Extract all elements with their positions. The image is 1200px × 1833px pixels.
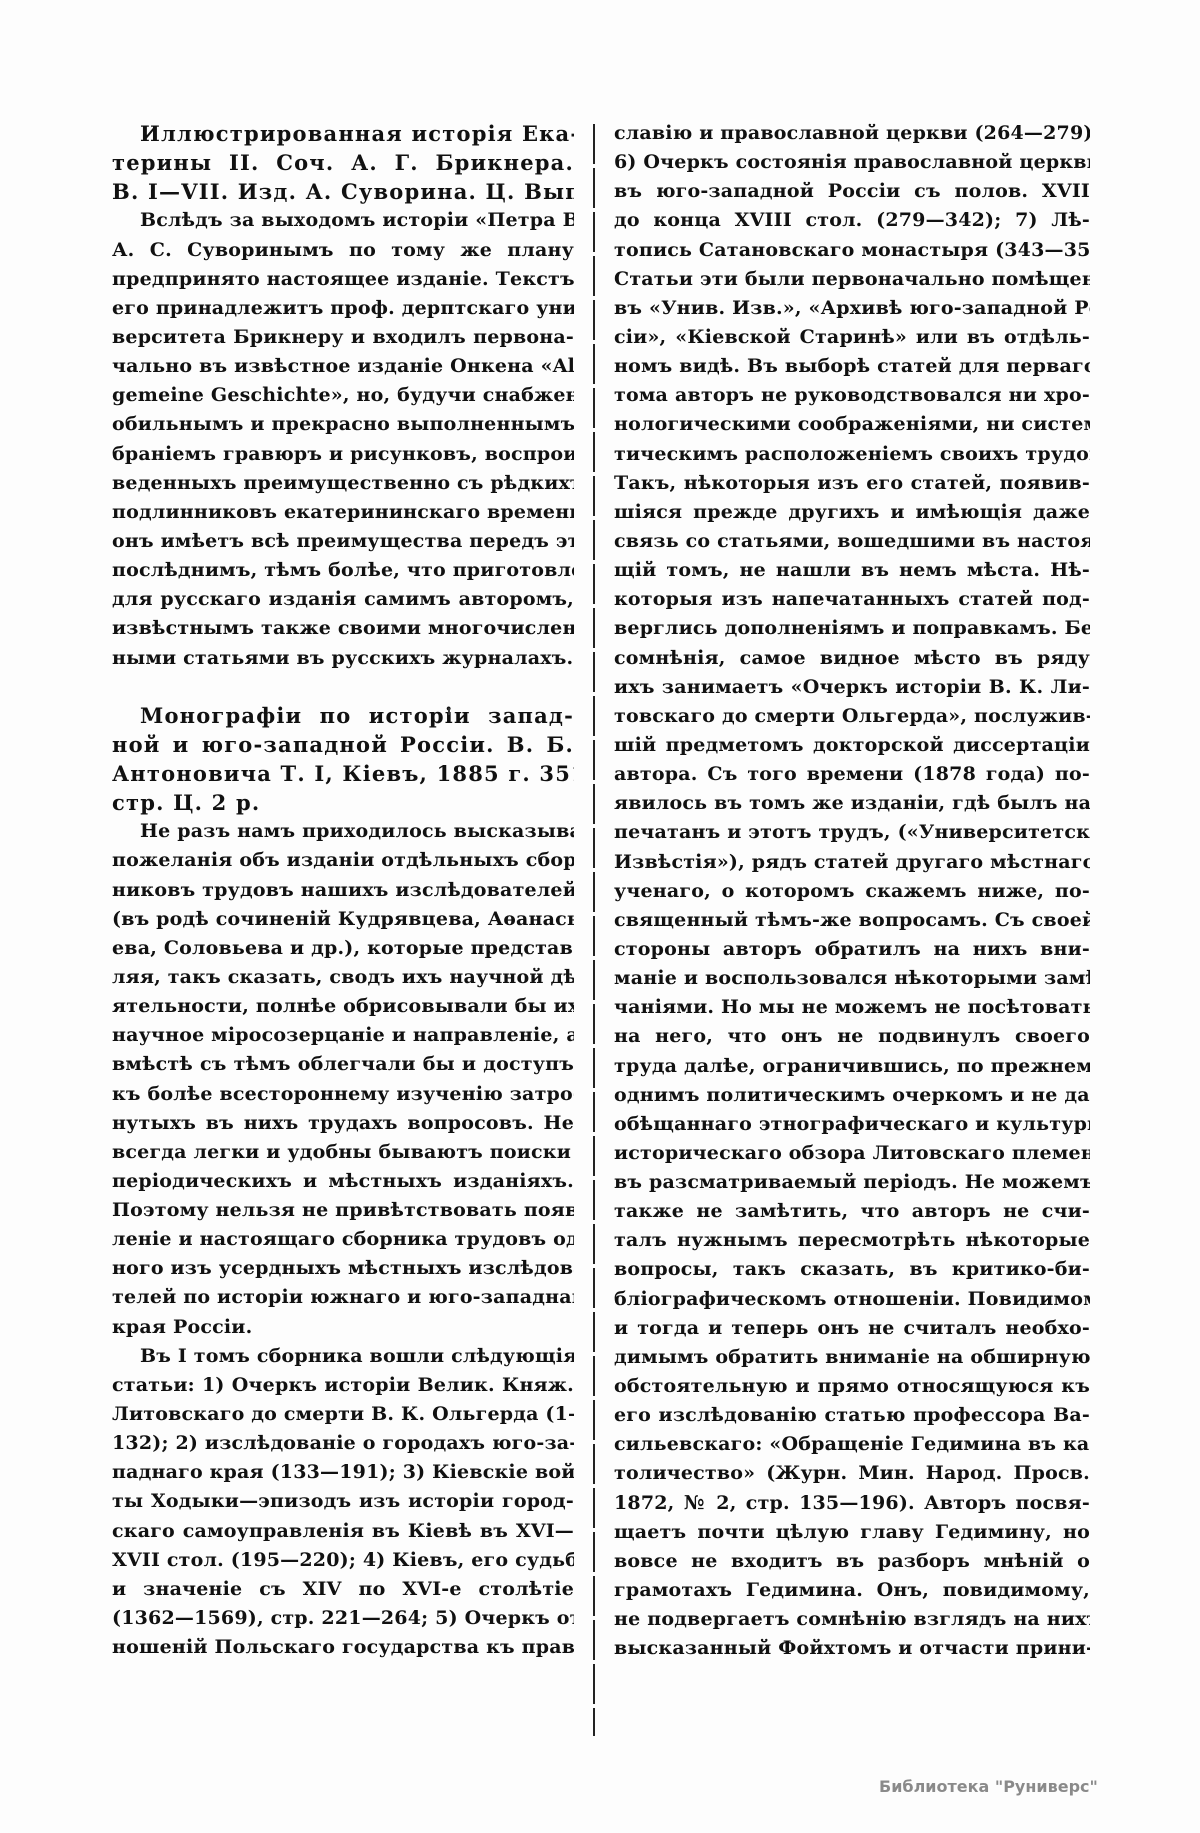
body-line: стороны авторъ обратилъ на нихъ вни- <box>614 935 1090 964</box>
body-line: грамотахъ Гедимина. Онъ, повидимому, <box>614 1576 1090 1605</box>
body-line: и тогда и теперь онъ не считалъ необхо- <box>614 1314 1090 1343</box>
body-line: телей по исторіи южнаго и юго-западнаго <box>112 1283 574 1312</box>
body-line: вопросы, такъ сказать, въ критико-би- <box>614 1255 1090 1284</box>
body-line: 6) Очеркъ состоянія православной церкви <box>614 148 1090 177</box>
body-line: до конца XVIII стол. (279—342); 7) Лѣ- <box>614 206 1090 235</box>
body-line: браніемъ гравюръ и рисунковъ, воспроиз- <box>112 440 574 469</box>
body-line: ного изъ усердныхъ мѣстныхъ изслѣдова- <box>112 1254 574 1283</box>
review-title-line: Антоновича Т. I, Кіевъ, 1885 г. 351 <box>112 759 574 788</box>
body-line: славію и православной церкви (264—279); <box>614 119 1090 148</box>
body-line: обильнымъ и прекрасно выполненнымъ со- <box>112 410 574 439</box>
body-line: пожеланія объ изданіи отдѣльныхъ сбор- <box>112 846 574 875</box>
body-line: автора. Съ того времени (1878 года) по- <box>614 760 1090 789</box>
body-line: которыя изъ напечатанныхъ статей под- <box>614 585 1090 614</box>
body-line: сіи», «Кіевской Старинѣ» или въ отдѣль- <box>614 323 1090 352</box>
body-line: леніе и настоящаго сборника трудовъ од- <box>112 1225 574 1254</box>
body-line: веденныхъ преимущественно съ рѣдкихъ <box>112 469 574 498</box>
body-line: края Россіи. <box>112 1313 574 1342</box>
body-line: шіяся прежде другихъ и имѣющія даже <box>614 498 1090 527</box>
body-line: его изслѣдованію статью профессора Ва- <box>614 1401 1090 1430</box>
body-line: нутыхъ въ нихъ трудахъ вопросовъ. Не <box>112 1109 574 1138</box>
body-line: и значеніе съ XIV по XVI-е столѣтіе <box>112 1575 574 1604</box>
body-line: ными статьями въ русскихъ журналахъ. <box>112 644 574 673</box>
body-line: также не замѣтить, что авторъ не счи- <box>614 1197 1090 1226</box>
body-line: подлинниковъ екатерининскаго времени, <box>112 498 574 527</box>
body-line: товскаго до смерти Ольгерда», послужив- <box>614 702 1090 731</box>
body-line: А. С. Суворинымъ по тому же плану <box>112 236 574 265</box>
body-line: статьи: 1) Очеркъ исторіи Велик. Княж. <box>112 1371 574 1400</box>
body-line: gemeine Geschichte», но, будучи снабженъ <box>112 381 574 410</box>
review-title-line: Монографіи по исторіи запад- <box>112 701 574 730</box>
body-line: щаетъ почти цѣлую главу Гедимину, но <box>614 1518 1090 1547</box>
body-line: XVII стол. (195—220); 4) Кіевъ, его судь… <box>112 1546 574 1575</box>
body-line: Извѣстія»), рядъ статей другаго мѣстнаго <box>614 848 1090 877</box>
body-line: топись Сатановскаго монастыря (343—351). <box>614 236 1090 265</box>
review-title-line: Иллюстрированная исторія Ека- <box>112 119 574 148</box>
body-line: Статьи эти были первоначально помѣщены <box>614 265 1090 294</box>
body-line: шій предметомъ докторской диссертаціи <box>614 731 1090 760</box>
body-line: тома авторъ не руководствовался ни хро- <box>614 381 1090 410</box>
body-line: димымъ обратить вниманіе на обширную, <box>614 1343 1090 1372</box>
body-line: паднаго края (133—191); 3) Кіевскіе вой- <box>112 1458 574 1487</box>
body-line: въ «Унив. Изв.», «Архивѣ юго-западной Ро… <box>614 294 1090 323</box>
body-line: щій томъ, не нашли въ немъ мѣста. Нѣ- <box>614 556 1090 585</box>
body-line: въ разсматриваемый періодъ. Не можемъ <box>614 1168 1090 1197</box>
body-line: печатанъ и этотъ трудъ, («Университетскі… <box>614 818 1090 847</box>
body-line: Не разъ намъ приходилось высказывать <box>112 817 574 846</box>
body-line: послѣднимъ, тѣмъ болѣе, что приготовленъ <box>112 556 574 585</box>
body-line: ношеній Польскаго государства къ право- <box>112 1633 574 1662</box>
review-antonovich-monographs: Монографіи по исторіи запад- ной и юго-з… <box>112 701 574 1663</box>
review-catherine-ii: Иллюстрированная исторія Ека- терины II.… <box>112 119 574 673</box>
body-line: Поэтому нельзя не привѣтствовать появ- <box>112 1196 574 1225</box>
body-line: онъ имѣетъ всѣ преимущества передъ этимъ <box>112 527 574 556</box>
body-line: историческаго обзора Литовскаго племени <box>614 1139 1090 1168</box>
review-title-line: ной и юго-западной Россіи. В. Б. <box>112 730 574 759</box>
body-line: ляя, такъ сказать, сводъ ихъ научной дѣ- <box>112 963 574 992</box>
body-line: талъ нужнымъ пересмотрѣть нѣкоторые <box>614 1226 1090 1255</box>
right-column: славію и православной церкви (264—279); … <box>614 119 1090 1663</box>
body-line: труда далѣе, ограничившись, по прежнему, <box>614 1052 1090 1081</box>
body-line: верситета Брикнеру и входилъ первона- <box>112 323 574 352</box>
body-line: чаніями. Но мы не можемъ не посѣтовать <box>614 993 1090 1022</box>
body-line: ятельности, полнѣе обрисовывали бы ихъ <box>112 992 574 1021</box>
body-line: сильевскаго: «Обращеніе Гедимина въ ка- <box>614 1430 1090 1459</box>
body-line: священный тѣмъ-же вопросамъ. Съ своей <box>614 906 1090 935</box>
section-separator-mark <box>448 708 450 715</box>
body-line: ихъ занимаетъ «Очеркъ исторіи В. К. Ли- <box>614 673 1090 702</box>
body-line: высказанный Фойхтомъ и отчасти прини- <box>614 1634 1090 1663</box>
body-line: предпринято настоящее изданіе. Текстъ <box>112 265 574 294</box>
body-line: однимъ политическимъ очеркомъ и не давъ <box>614 1081 1090 1110</box>
body-line: связь со статьями, вошедшими въ настоя- <box>614 527 1090 556</box>
body-line: маніе и воспользовался нѣкоторыми замѣ- <box>614 964 1090 993</box>
body-line: обѣщаннаго этнографическаго и культурно- <box>614 1110 1090 1139</box>
review-title-line: терины II. Соч. А. Г. Брикнера. <box>112 148 574 177</box>
body-line: на него, что онъ не подвинулъ своего <box>614 1022 1090 1051</box>
body-line: сомнѣнія, самое видное мѣсто въ ряду <box>614 644 1090 673</box>
body-line: вмѣстѣ съ тѣмъ облегчали бы и доступъ <box>112 1050 574 1079</box>
body-line: для русскаго изданія самимъ авторомъ, <box>112 585 574 614</box>
body-line: научное міросозерцаніе и направленіе, а <box>112 1021 574 1050</box>
body-line: никовъ трудовъ нашихъ изслѣдователей <box>112 876 574 905</box>
section-gap <box>112 673 574 701</box>
review-title-line: стр. Ц. 2 р. <box>112 788 574 817</box>
left-column: Иллюстрированная исторія Ека- терины II.… <box>112 119 574 1662</box>
body-line: верглись дополненіямъ и поправкамъ. Безъ <box>614 614 1090 643</box>
review-title-line: В. I—VII. Изд. А. Суворина. Ц. Вып. 60 к… <box>112 177 574 206</box>
body-line: извѣстнымъ также своими многочислен- <box>112 614 574 643</box>
body-line: обстоятельную и прямо относящуюся къ <box>614 1372 1090 1401</box>
body-line: ева, Соловьева и др.), которые представ- <box>112 934 574 963</box>
body-line: періодическихъ и мѣстныхъ изданіяхъ. <box>112 1167 574 1196</box>
body-line: номъ видѣ. Въ выборѣ статей для перваго <box>614 352 1090 381</box>
body-line: Литовскаго до смерти В. К. Ольгерда (1— <box>112 1400 574 1429</box>
body-line: 132); 2) изслѣдованіе о городахъ юго-за- <box>112 1429 574 1458</box>
body-line: толичество» (Журн. Мин. Народ. Просв. <box>614 1459 1090 1488</box>
scanned-page: Иллюстрированная исторія Ека- терины II.… <box>0 0 1200 1833</box>
body-line: (1362—1569), стр. 221—264; 5) Очеркъ от- <box>112 1604 574 1633</box>
column-divider-rule <box>593 124 595 1736</box>
body-line: тическимъ расположеніемъ своихъ трудовъ. <box>614 440 1090 469</box>
body-line: вовсе не входитъ въ разборъ мнѣній о <box>614 1547 1090 1576</box>
body-line: не подвергаетъ сомнѣнію взглядъ на нихъ, <box>614 1605 1090 1634</box>
body-line: Вслѣдъ за выходомъ исторіи «Петра В.» <box>112 206 574 235</box>
body-line: въ юго-западной Россіи съ полов. XVII <box>614 177 1090 206</box>
body-line: ты Ходыки—эпизодъ изъ исторіи город- <box>112 1487 574 1516</box>
body-line: 1872, № 2, стр. 135—196). Авторъ посвя- <box>614 1489 1090 1518</box>
library-watermark: Библиотека "Руниверс" <box>879 1777 1098 1796</box>
body-line: его принадлежитъ проф. дерптскаго уни- <box>112 294 574 323</box>
body-line: ученаго, о которомъ скажемъ ниже, по- <box>614 877 1090 906</box>
body-line: всегда легки и удобны бываютъ поиски въ <box>112 1138 574 1167</box>
body-line: Въ I томъ сборника вошли слѣдующія <box>112 1342 574 1371</box>
body-line: Такъ, нѣкоторыя изъ его статей, появив- <box>614 469 1090 498</box>
body-line: къ болѣе всестороннему изученію затро- <box>112 1080 574 1109</box>
body-line: чально въ извѣстное изданіе Онкена «All- <box>112 352 574 381</box>
body-line: (въ родѣ сочиненій Кудрявцева, Аѳанась- <box>112 905 574 934</box>
body-line: явилось въ томъ же изданіи, гдѣ былъ на- <box>614 789 1090 818</box>
body-line: скаго самоуправленія въ Кіевѣ въ XVI— <box>112 1517 574 1546</box>
body-line: бліографическомъ отношеніи. Повидимому, <box>614 1285 1090 1314</box>
body-line: нологическими соображеніями, ни система- <box>614 410 1090 439</box>
